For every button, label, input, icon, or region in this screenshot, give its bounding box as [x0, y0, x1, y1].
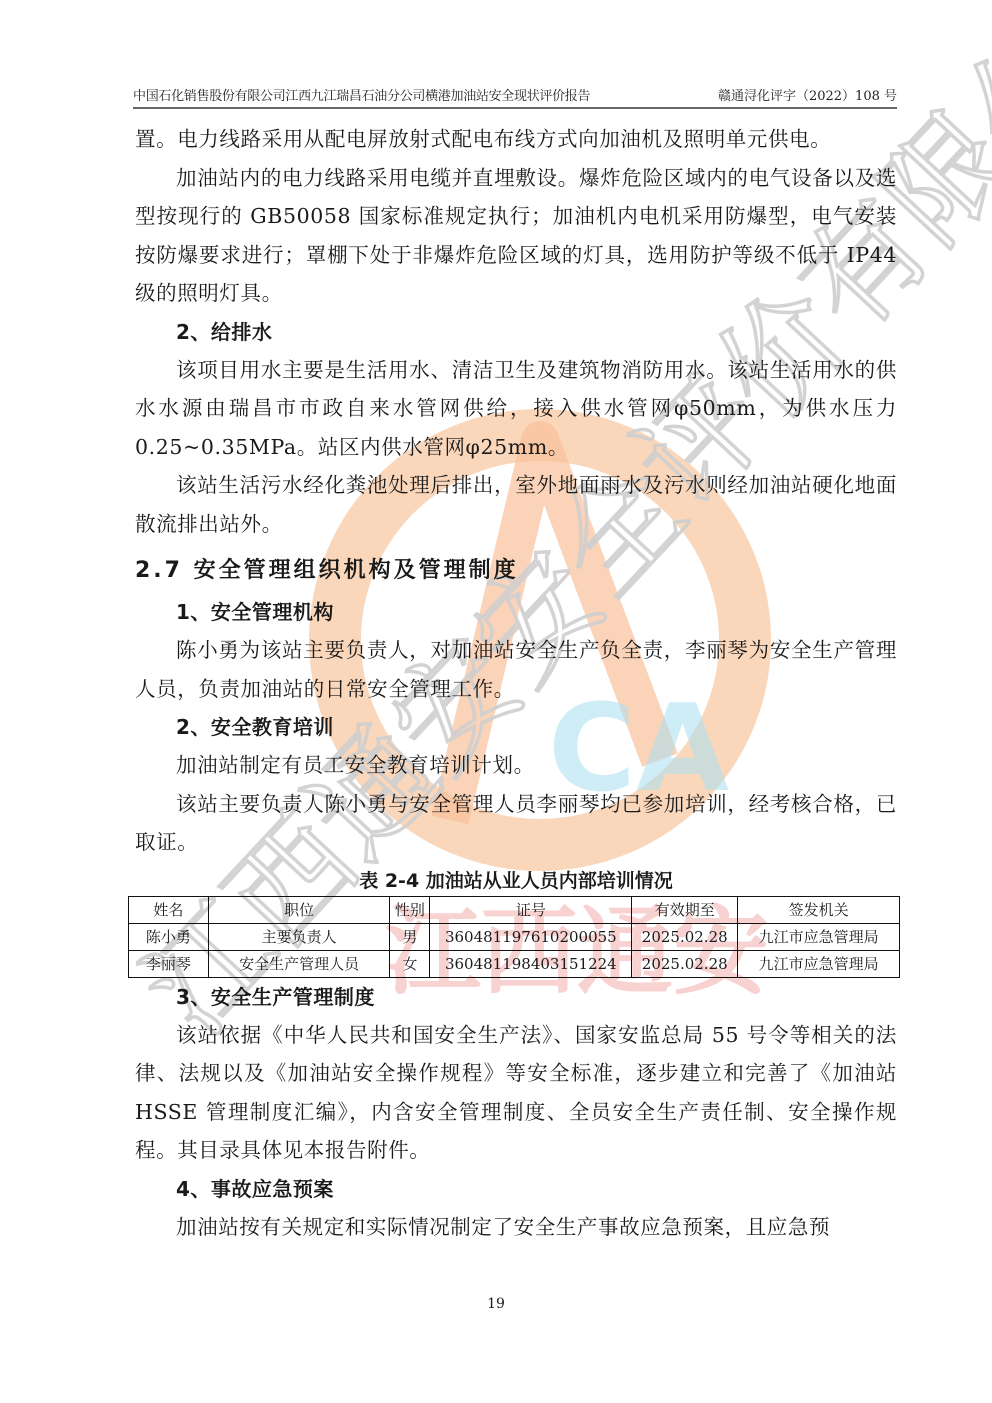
report-title: 中国石化销售股份有限公司江西九江瑞昌石油分公司横港加油站安全现状评价报告 — [133, 88, 590, 106]
paragraph-water-supply: 该项目用水主要是生活用水、清洁卫生及建筑物消防用水。该站生活用水的供水水源由瑞昌… — [135, 351, 897, 467]
paragraph-emergency-plan: 加油站按有关规定和实际情况制定了安全生产事故应急预案，且应急预 — [135, 1208, 897, 1247]
subheading-emergency-plan: 4、事故应急预案 — [135, 1170, 897, 1208]
report-number: 赣通浔化评字（2022）108 号 — [718, 88, 897, 106]
subheading-organization: 1、安全管理机构 — [135, 593, 897, 631]
table-caption: 表 2-4 加油站从业人员内部培训情况 — [135, 866, 897, 896]
table-row: 陈小勇 主要负责人 男 360481197610200055 2025.02.2… — [129, 923, 900, 950]
page-content: 置。电力线路采用从配电屏放射式配电布线方式向加油机及照明单元供电。 加油站内的电… — [135, 120, 897, 1246]
cell-certificate: 360481198403151224 — [430, 950, 632, 977]
cell-name: 李丽琴 — [129, 950, 209, 977]
column-header-certificate: 证号 — [430, 896, 632, 923]
paragraph-training-plan: 加油站制定有员工安全教育培训计划。 — [135, 746, 897, 785]
paragraph-organization: 陈小勇为该站主要负责人，对加油站安全生产负全责，李丽琴为安全生产管理人员，负责加… — [135, 631, 897, 708]
cell-gender: 女 — [390, 950, 430, 977]
cell-valid-until: 2025.02.28 — [632, 923, 738, 950]
section-title-2-7: 2.7 安全管理组织机构及管理制度 — [135, 549, 897, 593]
column-header-name: 姓名 — [129, 896, 209, 923]
header-divider — [133, 107, 897, 109]
subheading-water: 2、给排水 — [135, 313, 897, 351]
column-header-gender: 性别 — [390, 896, 430, 923]
paragraph-electrical: 加油站内的电力线路采用电缆并直埋敷设。爆炸危险区域内的电气设备以及选型按现行的 … — [135, 159, 897, 313]
column-header-position: 职位 — [208, 896, 390, 923]
training-table: 姓名 职位 性别 证号 有效期至 签发机关 陈小勇 主要负责人 男 360481… — [128, 896, 900, 978]
cell-valid-until: 2025.02.28 — [632, 950, 738, 977]
paragraph-management-system: 该站依据《中华人民共和国安全生产法》、国家安监总局 55 号令等相关的法律、法规… — [135, 1016, 897, 1170]
cell-gender: 男 — [390, 923, 430, 950]
paragraph-drainage: 该站生活污水经化粪池处理后排出，室外地面雨水及污水则经加油站硬化地面散流排出站外… — [135, 466, 897, 543]
paragraph-power-supply: 置。电力线路采用从配电屏放射式配电布线方式向加油机及照明单元供电。 — [135, 120, 897, 159]
subheading-management-system: 3、安全生产管理制度 — [135, 978, 897, 1016]
column-header-issuer: 签发机关 — [738, 896, 900, 923]
cell-position: 主要负责人 — [208, 923, 390, 950]
cell-issuer: 九江市应急管理局 — [738, 923, 900, 950]
cell-issuer: 九江市应急管理局 — [738, 950, 900, 977]
cell-certificate: 360481197610200055 — [430, 923, 632, 950]
cell-position: 安全生产管理人员 — [208, 950, 390, 977]
paragraph-training-status: 该站主要负责人陈小勇与安全管理人员李丽琴均已参加培训，经考核合格，已取证。 — [135, 785, 897, 862]
subheading-training: 2、安全教育培训 — [135, 708, 897, 746]
cell-name: 陈小勇 — [129, 923, 209, 950]
table-header-row: 姓名 职位 性别 证号 有效期至 签发机关 — [129, 896, 900, 923]
page-number: 19 — [0, 1296, 992, 1312]
column-header-valid-until: 有效期至 — [632, 896, 738, 923]
table-row: 李丽琴 安全生产管理人员 女 360481198403151224 2025.0… — [129, 950, 900, 977]
